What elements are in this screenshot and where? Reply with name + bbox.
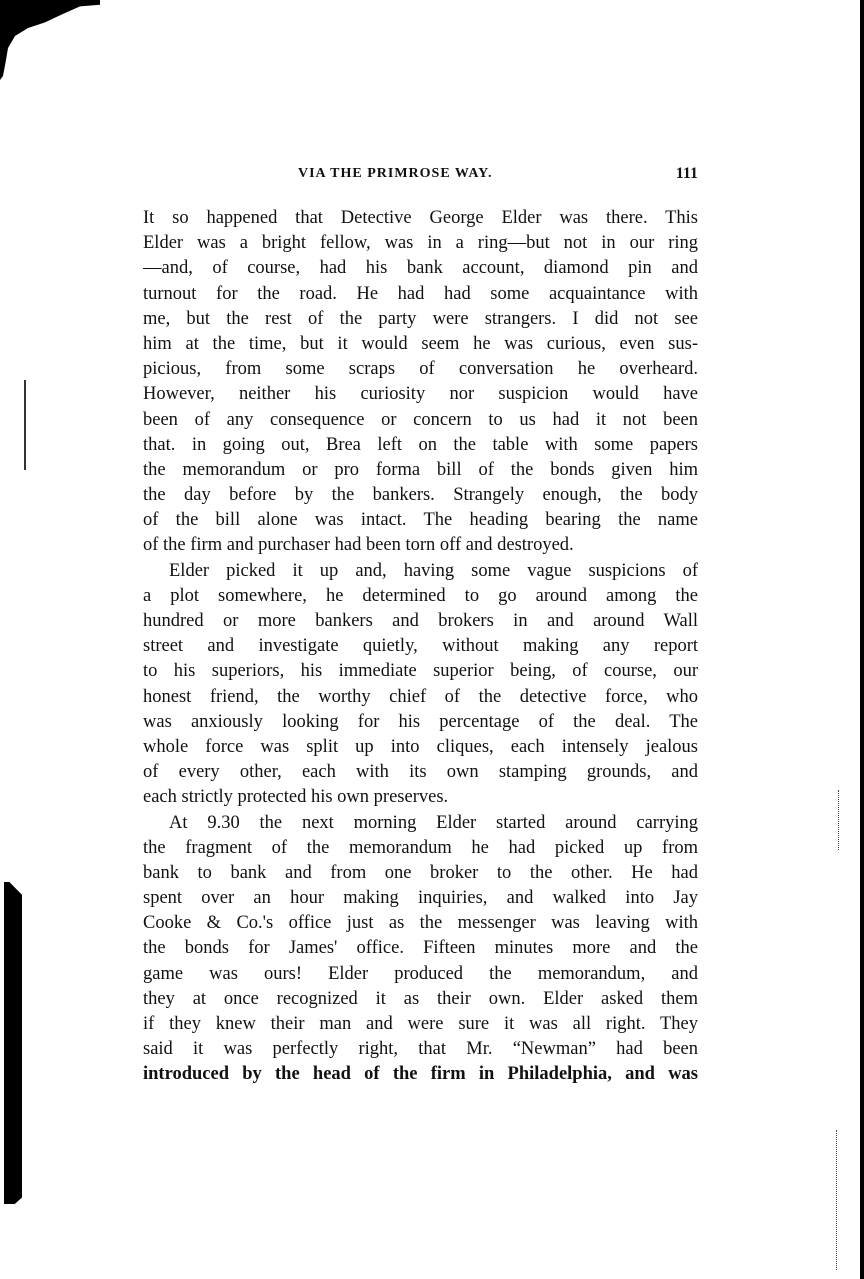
scan-artifact-left-bar [4, 882, 22, 1204]
text-line: the day before by the bankers. Strangely… [143, 483, 698, 508]
text-line: me, but the rest of the party were stran… [143, 307, 698, 332]
body-text: It so happened that Detective George Eld… [143, 206, 698, 1088]
text-line: the memorandum or pro forma bill of the … [143, 458, 698, 483]
text-line: spent over an hour making inquiries, and… [143, 886, 698, 911]
page-header: VIA THE PRIMROSE WAY. 111 [298, 166, 698, 188]
scan-artifact-right-dots [838, 790, 840, 850]
text-line: Elder was a bright fellow, was in a ring… [143, 231, 698, 256]
text-line: that. in going out, Brea left on the tab… [143, 433, 698, 458]
text-line: each strictly protected his own preserve… [143, 785, 698, 810]
text-line: of the firm and purchaser had been torn … [143, 533, 698, 558]
text-line: of the bill alone was intact. The headin… [143, 508, 698, 533]
text-line: was anxiously looking for his percentage… [143, 710, 698, 735]
text-line: honest friend, the worthy chief of the d… [143, 685, 698, 710]
paragraph: It so happened that Detective George Eld… [143, 206, 698, 559]
scan-artifact-left-line [24, 380, 26, 470]
text-line: him at the time, but it would seem he wa… [143, 332, 698, 357]
text-line: introduced by the head of the firm in Ph… [143, 1062, 698, 1087]
text-line: It so happened that Detective George Eld… [143, 206, 698, 231]
text-line: At 9.30 the next morning Elder started a… [143, 811, 698, 836]
text-line: Elder picked it up and, having some vagu… [143, 559, 698, 584]
text-line: the bonds for James' office. Fifteen min… [143, 936, 698, 961]
text-line: the fragment of the memorandum he had pi… [143, 836, 698, 861]
text-line: bank to bank and from one broker to the … [143, 861, 698, 886]
scan-artifact-right-dots [836, 1130, 838, 1270]
text-line: picious, from some scraps of conversatio… [143, 357, 698, 382]
text-line: of every other, each with its own stampi… [143, 760, 698, 785]
text-line: game was ours! Elder produced the memora… [143, 962, 698, 987]
text-line: a plot somewhere, he determined to go ar… [143, 584, 698, 609]
running-head: VIA THE PRIMROSE WAY. [298, 166, 493, 182]
scan-artifact-right-edge [860, 0, 864, 1279]
text-line: —and, of course, had his bank account, d… [143, 256, 698, 281]
text-line: hundred or more bankers and brokers in a… [143, 609, 698, 634]
paragraph: At 9.30 the next morning Elder started a… [143, 811, 698, 1088]
text-line: whole force was split up into cliques, e… [143, 735, 698, 760]
scan-artifact-top-left [0, 0, 100, 80]
text-line: However, neither his curiosity nor suspi… [143, 382, 698, 407]
paragraph: Elder picked it up and, having some vagu… [143, 559, 698, 811]
text-line: street and investigate quietly, without … [143, 634, 698, 659]
text-line: to his superiors, his immediate superior… [143, 659, 698, 684]
text-line: turnout for the road. He had had some ac… [143, 282, 698, 307]
text-line: Cooke & Co.'s office just as the messeng… [143, 911, 698, 936]
text-line: been of any consequence or concern to us… [143, 408, 698, 433]
text-line: they at once recognized it as their own.… [143, 987, 698, 1012]
page-number: 111 [676, 165, 698, 183]
text-line: if they knew their man and were sure it … [143, 1012, 698, 1037]
text-line: said it was perfectly right, that Mr. “N… [143, 1037, 698, 1062]
